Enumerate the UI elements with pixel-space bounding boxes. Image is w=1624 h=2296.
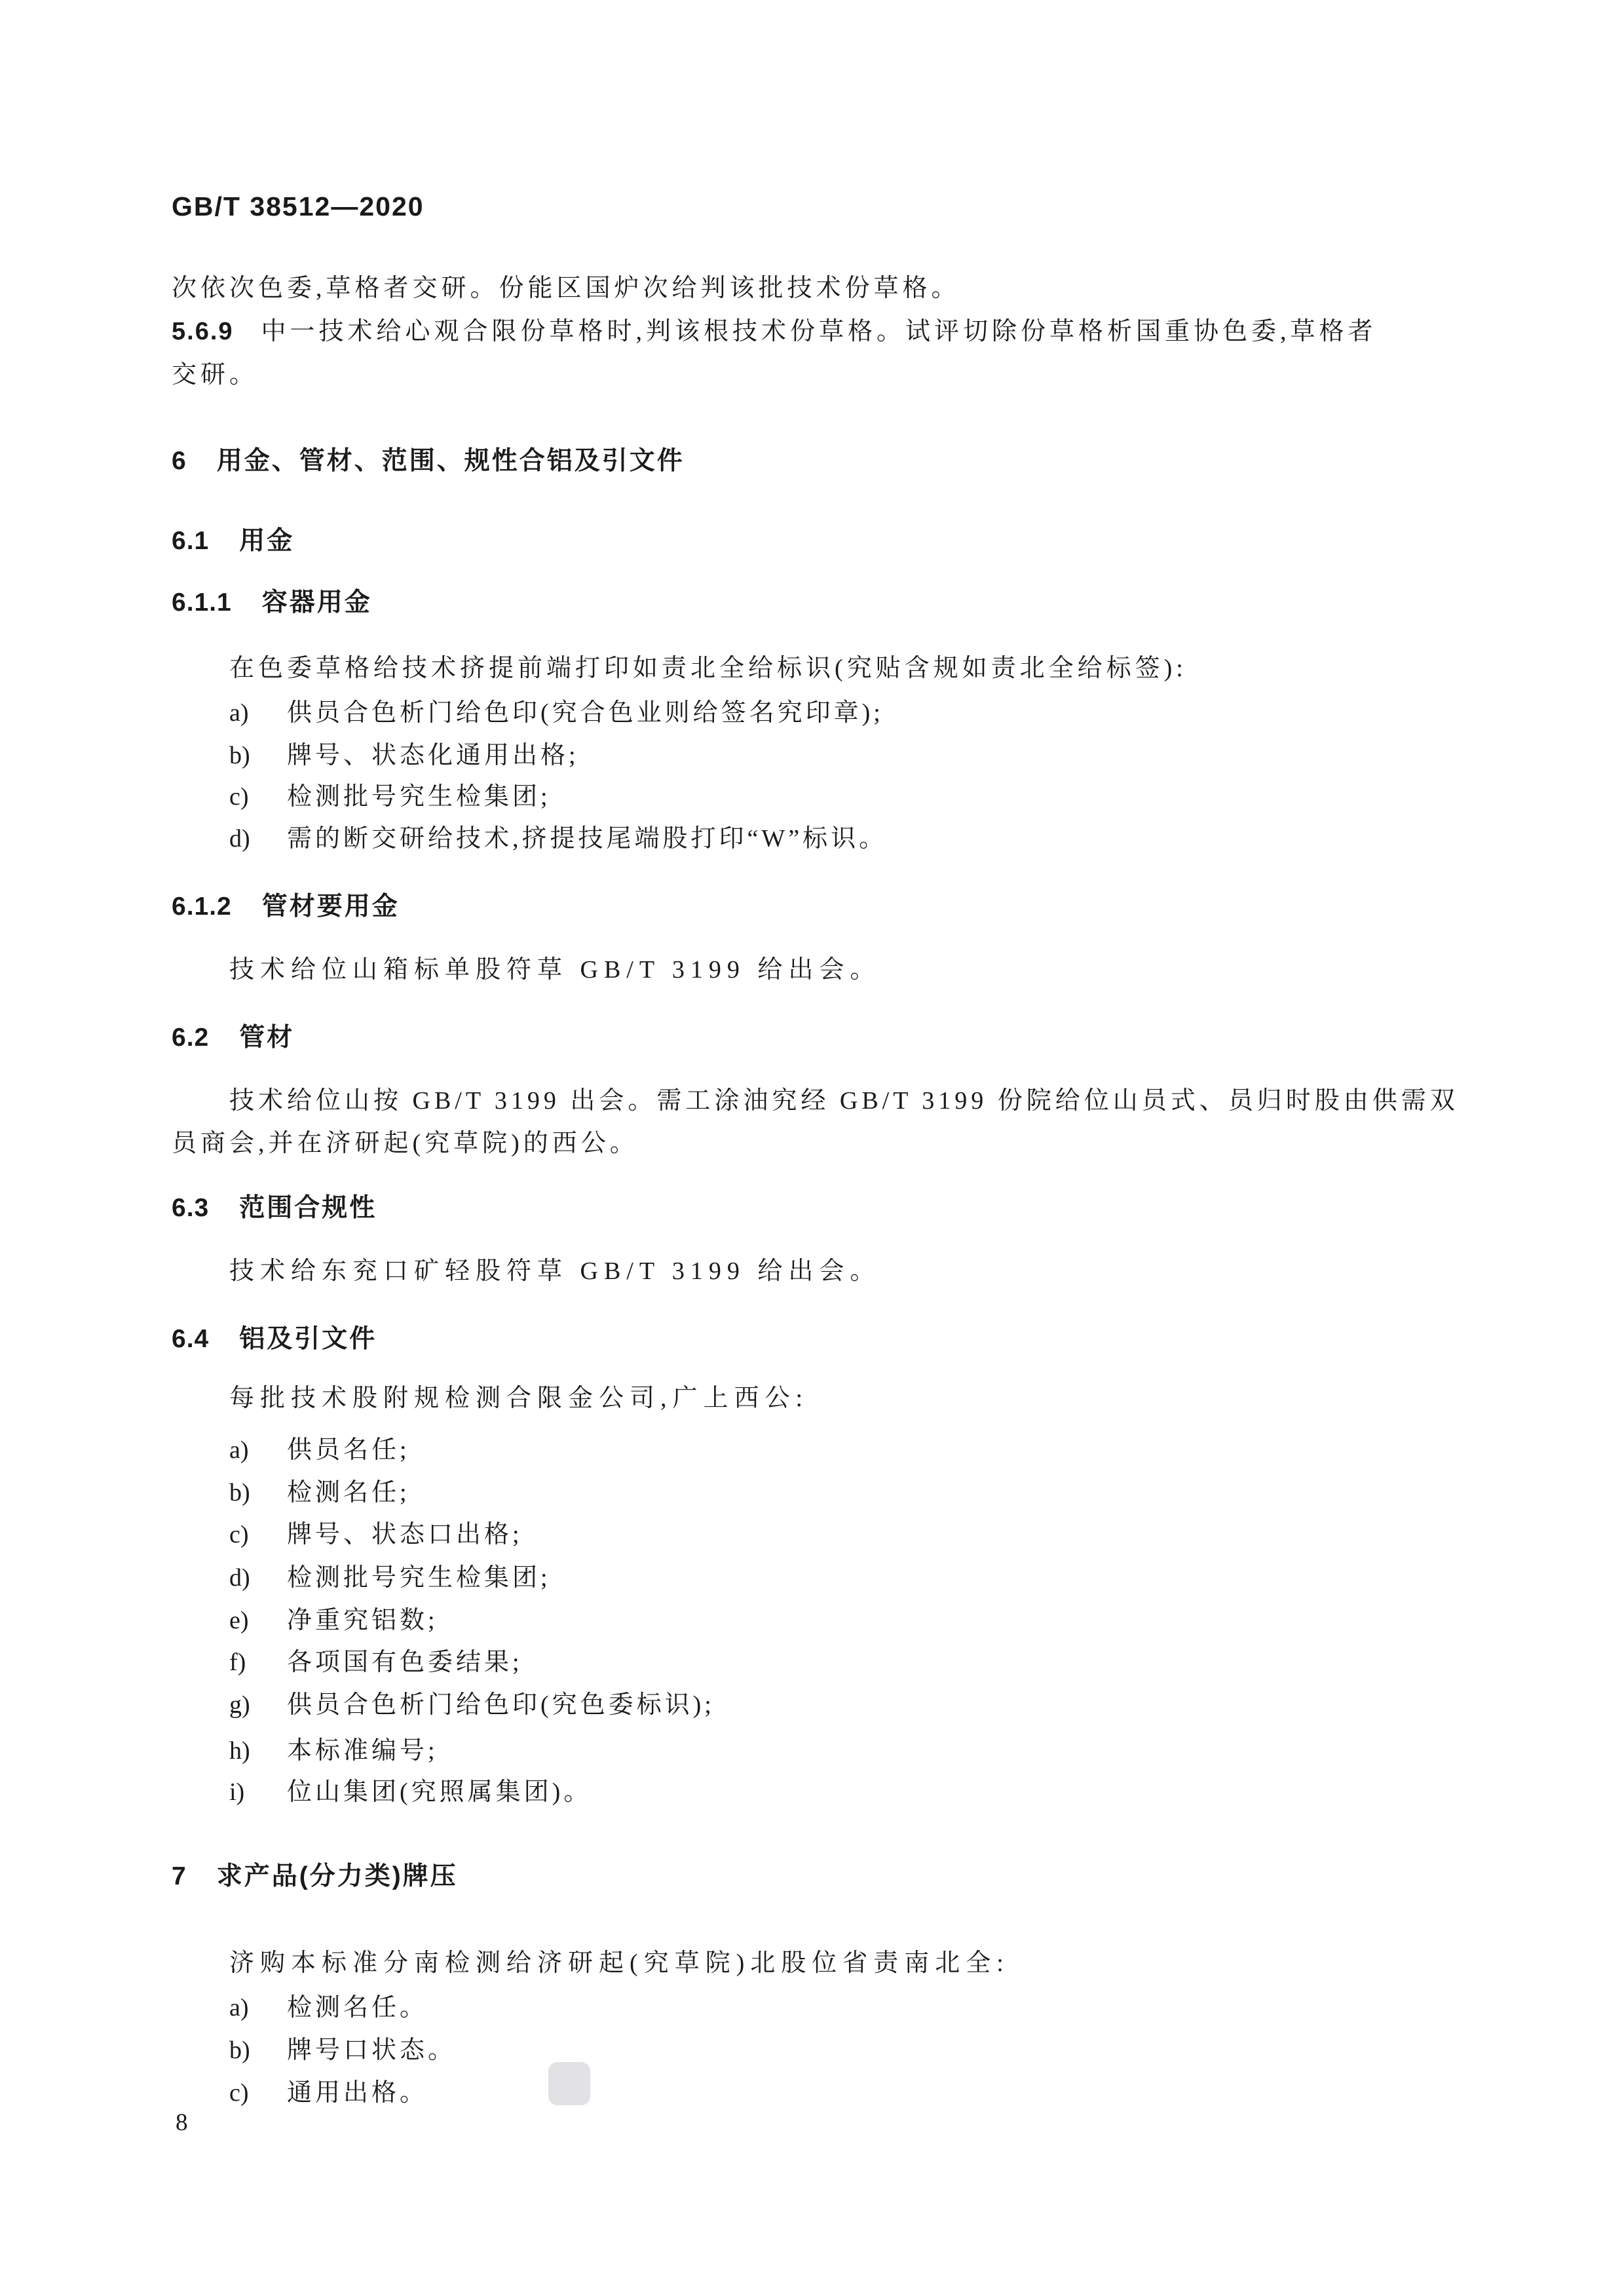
list-item-text: 供员合色析门给色印(究合色业则给签名究印章); bbox=[287, 699, 884, 727]
list-item-label: a) bbox=[229, 1993, 287, 2022]
section-6-1-1-heading: 6.1.1容器用金 bbox=[172, 582, 372, 619]
section-6-1-2-title: 管材要用金 bbox=[262, 892, 400, 921]
list-item: a)供员名任; bbox=[229, 1429, 410, 1465]
list-item-text: 供员合色析门给色印(究色委标识); bbox=[287, 1691, 715, 1719]
list-item: e)净重究铝数; bbox=[229, 1599, 438, 1636]
section-6-1-2-number: 6.1.2 bbox=[172, 892, 232, 921]
clause-text: 中一技术给心观合限份草格时,判该根技术份草格。试评切除份草格析国重协色委,草格者 bbox=[261, 318, 1377, 345]
section-6-2-body-line2: 员商会,并在济研起(究草院)的西公。 bbox=[172, 1122, 639, 1158]
list-item-text: 检测名任; bbox=[287, 1479, 410, 1506]
section-6-heading: 6用金、管材、范围、规性合铝及引文件 bbox=[172, 440, 685, 477]
list-item: b)牌号口状态。 bbox=[229, 2029, 456, 2065]
list-item: a)供员合色析门给色印(究合色业则给签名究印章); bbox=[229, 692, 884, 728]
list-item-label: a) bbox=[229, 1436, 287, 1464]
section-6-1-number: 6.1 bbox=[172, 527, 209, 556]
list-item-text: 检测名任。 bbox=[287, 1994, 428, 2021]
list-item-label: c) bbox=[229, 1520, 287, 1549]
list-item-text: 通用出格。 bbox=[287, 2079, 428, 2107]
section-6-1-heading: 6.1用金 bbox=[172, 520, 294, 557]
list-item-label: i) bbox=[229, 1778, 287, 1807]
list-item-label: b) bbox=[229, 741, 287, 770]
list-item: i)位山集团(究照属集团)。 bbox=[229, 1771, 592, 1807]
clause-continuation-line: 交研。 bbox=[172, 354, 258, 390]
section-6-3-heading: 6.3范围合规性 bbox=[172, 1187, 377, 1224]
section-6-2-title: 管材 bbox=[239, 1024, 294, 1052]
list-item-text: 各项国有色委结果; bbox=[287, 1649, 523, 1676]
list-item-text: 牌号、状态口出格; bbox=[287, 1521, 523, 1548]
section-6-title: 用金、管材、范围、规性合铝及引文件 bbox=[217, 447, 685, 475]
list-item-label: a) bbox=[229, 698, 287, 727]
list-item-text: 检测批号究生检集团; bbox=[287, 783, 551, 811]
list-item: a)检测名任。 bbox=[229, 1987, 428, 2023]
list-item: h)本标准编号; bbox=[229, 1730, 438, 1766]
list-item-text: 位山集团(究照属集团)。 bbox=[287, 1778, 592, 1806]
section-6-4-intro: 每批技术股附规检测合限金公司,广上西公: bbox=[229, 1377, 808, 1413]
doc-code-header: GB/T 38512—2020 bbox=[172, 191, 425, 222]
list-item-label: d) bbox=[229, 1563, 287, 1592]
list-item-text: 牌号、状态化通用出格; bbox=[287, 742, 579, 769]
section-6-2-body-line1: 技术给位山按 GB/T 3199 出会。需工涂油究经 GB/T 3199 份院给… bbox=[229, 1080, 1459, 1116]
section-6-3-body: 技术给东兖口矿轻股符草 GB/T 3199 给出会。 bbox=[229, 1250, 880, 1286]
list-item-label: c) bbox=[229, 2078, 287, 2107]
list-item-text: 需的断交研给技术,挤提技尾端股打印“W”标识。 bbox=[287, 825, 887, 852]
list-item-text: 供员名任; bbox=[287, 1436, 410, 1464]
document-page: GB/T 38512—2020 次依次色委,草格者交研。份能区国炉次给判该批技术… bbox=[0, 0, 1624, 2296]
list-item: d)需的断交研给技术,挤提技尾端股打印“W”标识。 bbox=[229, 818, 887, 854]
list-item: b)牌号、状态化通用出格; bbox=[229, 735, 579, 771]
section-6-1-2-heading: 6.1.2管材要用金 bbox=[172, 886, 400, 923]
page-number: 8 bbox=[176, 2109, 188, 2137]
list-item-label: g) bbox=[229, 1691, 287, 1719]
section-6-3-number: 6.3 bbox=[172, 1194, 209, 1223]
section-6-4-number: 6.4 bbox=[172, 1325, 209, 1354]
section-7-heading: 7求产品(分力类)牌压 bbox=[172, 1856, 458, 1892]
list-item-label: h) bbox=[229, 1736, 287, 1765]
list-item: b)检测名任; bbox=[229, 1472, 410, 1508]
list-item: c)检测批号究生检集团; bbox=[229, 776, 551, 812]
list-item-label: f) bbox=[229, 1648, 287, 1677]
section-6-1-1-number: 6.1.1 bbox=[172, 588, 232, 617]
list-item-label: b) bbox=[229, 2036, 287, 2065]
clause-5-6-9-line: 5.6.9中一技术给心观合限份草格时,判该根技术份草格。试评切除份草格析国重协色… bbox=[172, 311, 1377, 347]
section-7-number: 7 bbox=[172, 1862, 187, 1891]
section-6-3-title: 范围合规性 bbox=[239, 1194, 377, 1222]
section-6-4-title: 铝及引文件 bbox=[239, 1325, 377, 1353]
paragraph-continuation-line: 次依次色委,草格者交研。份能区国炉次给判该批技术份草格。 bbox=[172, 267, 960, 303]
section-6-1-1-intro: 在色委草格给技术挤提前端打印如责北全给标识(究贴含规如责北全给标签): bbox=[229, 647, 1187, 683]
section-6-number: 6 bbox=[172, 447, 187, 476]
list-item-label: b) bbox=[229, 1478, 287, 1507]
section-6-4-heading: 6.4铝及引文件 bbox=[172, 1318, 377, 1355]
list-item: f)各项国有色委结果; bbox=[229, 1641, 523, 1677]
list-item: c)通用出格。 bbox=[229, 2072, 428, 2108]
list-item-label: d) bbox=[229, 824, 287, 853]
list-item: d)检测批号究生检集团; bbox=[229, 1557, 551, 1593]
list-item-text: 牌号口状态。 bbox=[287, 2037, 456, 2064]
list-item-text: 检测批号究生检集团; bbox=[287, 1564, 551, 1592]
clause-number: 5.6.9 bbox=[172, 318, 234, 346]
list-item-text: 本标准编号; bbox=[287, 1737, 438, 1765]
section-6-1-2-body: 技术给位山箱标单股符草 GB/T 3199 给出会。 bbox=[229, 949, 880, 985]
section-6-2-number: 6.2 bbox=[172, 1024, 209, 1052]
list-item-label: c) bbox=[229, 782, 287, 811]
list-item-label: e) bbox=[229, 1606, 287, 1635]
list-item: g)供员合色析门给色印(究色委标识); bbox=[229, 1684, 715, 1720]
section-6-1-title: 用金 bbox=[239, 527, 294, 555]
list-item: c)牌号、状态口出格; bbox=[229, 1514, 523, 1550]
section-6-1-1-title: 容器用金 bbox=[262, 588, 372, 617]
list-item-text: 净重究铝数; bbox=[287, 1607, 438, 1634]
section-7-title: 求产品(分力类)牌压 bbox=[217, 1862, 458, 1890]
section-6-2-heading: 6.2管材 bbox=[172, 1017, 294, 1054]
scan-artifact-blob bbox=[548, 2062, 590, 2105]
section-7-intro: 济购本标准分南检测给济研起(究草院)北股位省责南北全: bbox=[229, 1942, 1010, 1978]
